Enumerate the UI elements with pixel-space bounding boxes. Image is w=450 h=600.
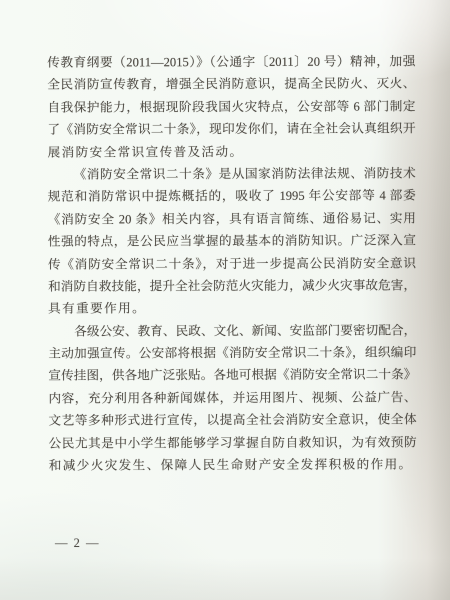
- text-line: 公民尤其是中小学生都能够学习掌握自防自救知识，为有效预防: [49, 431, 417, 455]
- text-line: 主动加强宣传。公安部将根据《消防安全常识二十条》，组织编印: [48, 341, 416, 365]
- text-line: 文艺等多种形式进行宣传，以提高全社会消防安全意识，使全体: [49, 409, 417, 433]
- scanned-document-page: 传教育纲要（2011—2015）》（公通字〔2011〕20 号）精神，加强全民消…: [0, 0, 450, 600]
- text-line: 传教育纲要（2011—2015）》（公通字〔2011〕20 号）精神，加强: [47, 50, 415, 74]
- text-line: 规范和消防常识中提炼概括的，吸收了 1995 年公安部等 4 部委: [48, 185, 416, 209]
- text-line: 《消防安全常识二十条》是从国家消防法律法规、消防技术: [48, 162, 416, 186]
- text-line: 展消防安全常识宣传普及活动。: [48, 140, 416, 164]
- document-text: 传教育纲要（2011—2015）》（公通字〔2011〕20 号）精神，加强全民消…: [47, 50, 416, 477]
- text-line: 全民消防宣传教育，增强全民消防意识，提高全民防火、灭火、: [47, 73, 415, 97]
- text-line: 具有重要作用。: [48, 297, 416, 321]
- text-line: 了《消防安全常识二十条》，现印发你们，请在全社会认真组织开: [47, 118, 415, 142]
- text-line: 传《消防安全常识二十条》，对于进一步提高公民消防安全意识: [48, 252, 416, 276]
- text-line: 自我保护能力，根据现阶段我国火灾特点，公安部等 6 部门制定: [47, 95, 415, 119]
- text-line: 和减少火灾发生、保障人民生命财产安全发挥积极的作用。: [49, 453, 417, 477]
- text-line: 《消防安全 20 条》相关内容，具有语言简练、通俗易记、实用: [48, 207, 416, 231]
- text-line: 性强的特点，是公民应当掌握的最基本的消防知识。广泛深入宣: [48, 229, 416, 253]
- page-number: — 2 —: [55, 535, 100, 551]
- text-line: 宣传挂图，供各地广泛张贴。各地可根据《消防安全常识二十条》: [48, 364, 416, 388]
- text-line: 和消防自救技能，提升全社会防范火灾能力，减少火灾事故危害，: [48, 274, 416, 298]
- text-line: 各级公安、教育、民政、文化、新闻、安监部门要密切配合，: [48, 319, 416, 343]
- text-line: 内容，充分利用各种新闻媒体，并运用图片、视频、公益广告、: [48, 386, 416, 410]
